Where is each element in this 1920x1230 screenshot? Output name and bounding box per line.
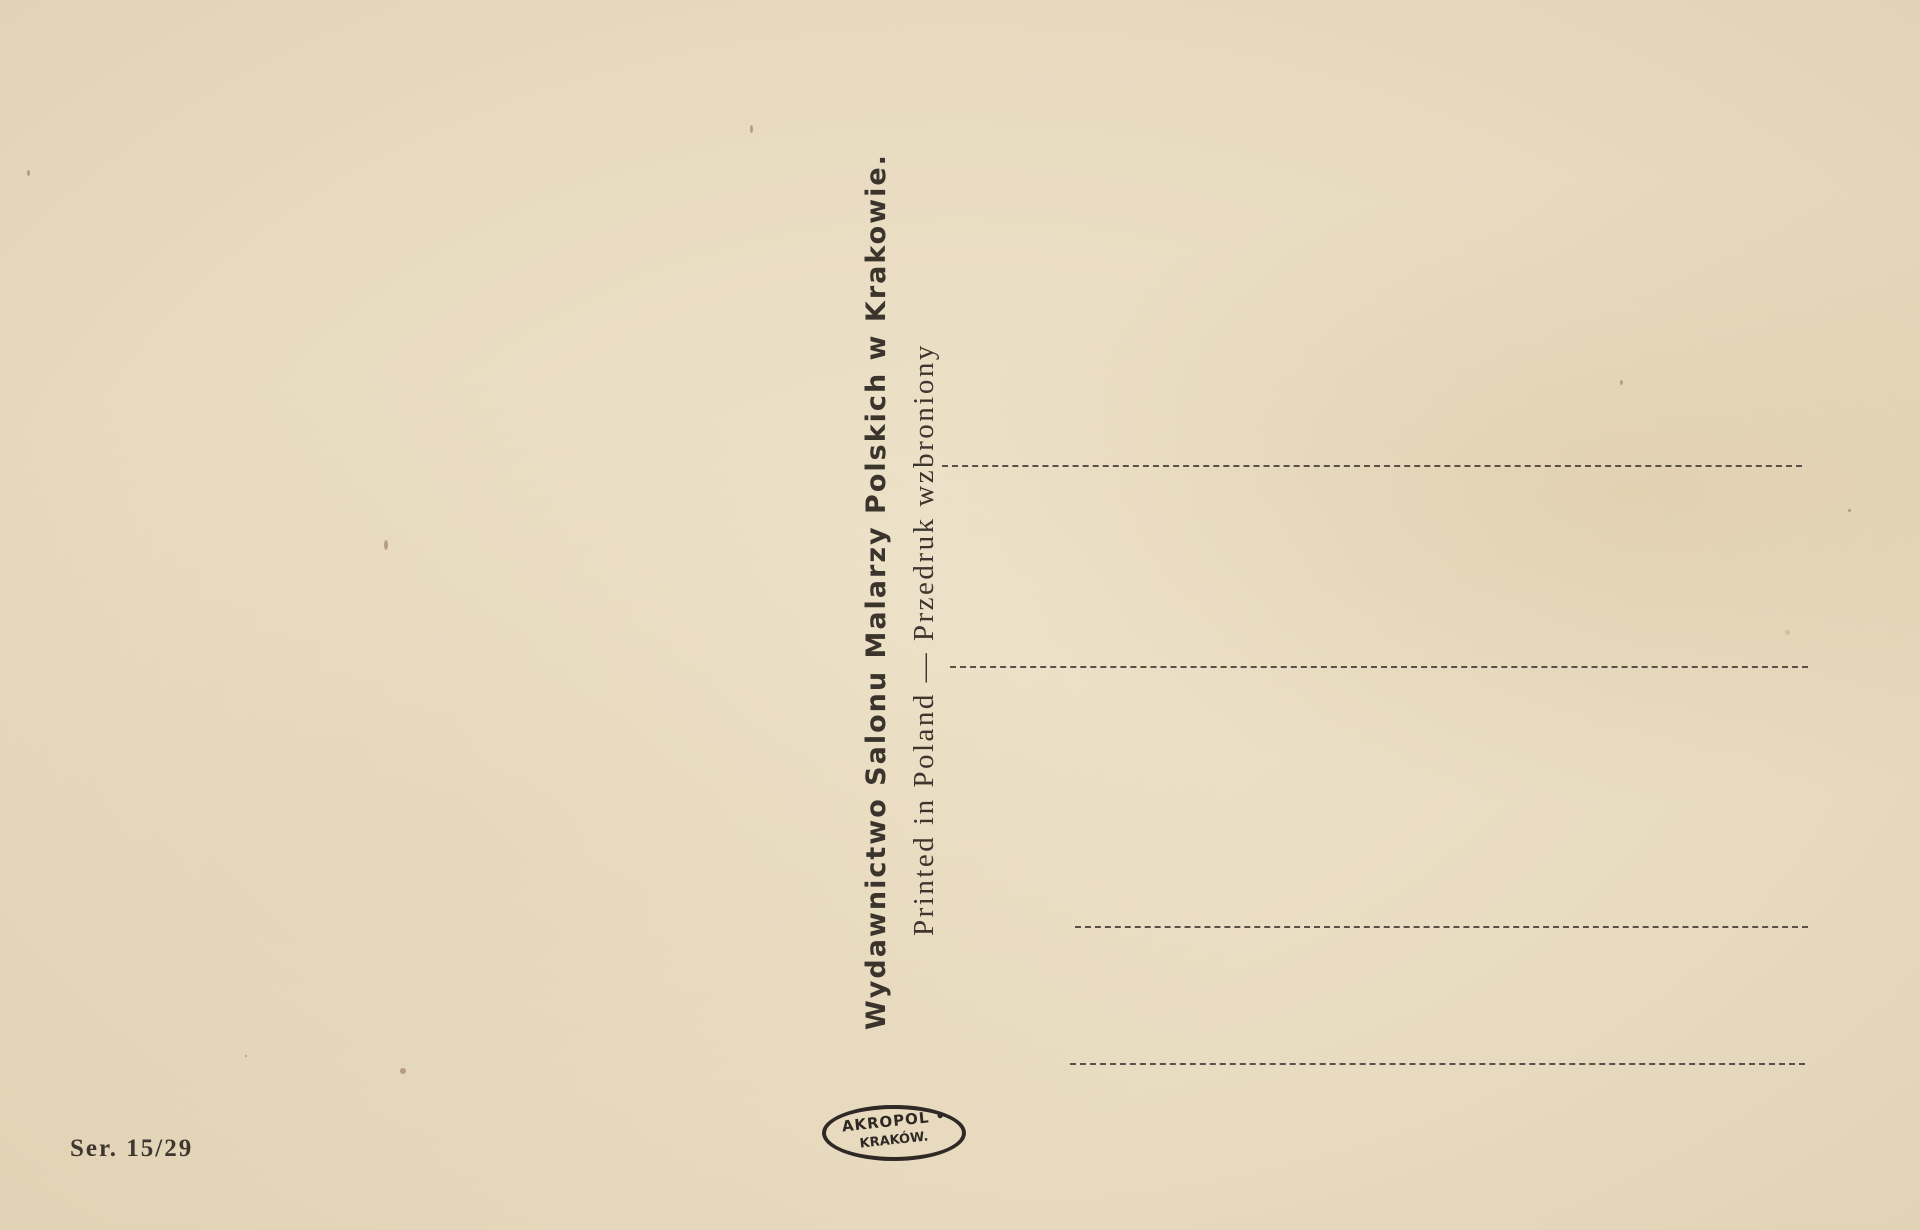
akropol-stamp: AKROPOL • KRAKÓW. [822,1105,966,1161]
address-line-1 [942,465,1802,467]
series-number: Ser. 15/29 [70,1135,193,1163]
publisher-line: Wydawnictwo Salonu Malarzy Polskich w Kr… [858,150,896,1030]
printed-in-poland-line: Printed in Poland — Przedruk wzbroniony [904,150,944,936]
paper-speck [750,125,753,133]
address-line-4 [1070,1063,1805,1065]
address-line-3 [1075,926,1808,928]
paper-speck [245,1055,247,1057]
paper-speck [1620,380,1623,385]
publisher-imprint: Wydawnictwo Salonu Malarzy Polskich w Kr… [858,150,944,1030]
paper-speck [384,540,388,550]
address-line-2 [950,666,1808,668]
paper-speck [1785,630,1790,635]
paper-speck [400,1068,406,1074]
paper-speck [27,170,30,176]
paper-speck [1848,509,1851,512]
postcard-back: Wydawnictwo Salonu Malarzy Polskich w Kr… [0,0,1920,1230]
